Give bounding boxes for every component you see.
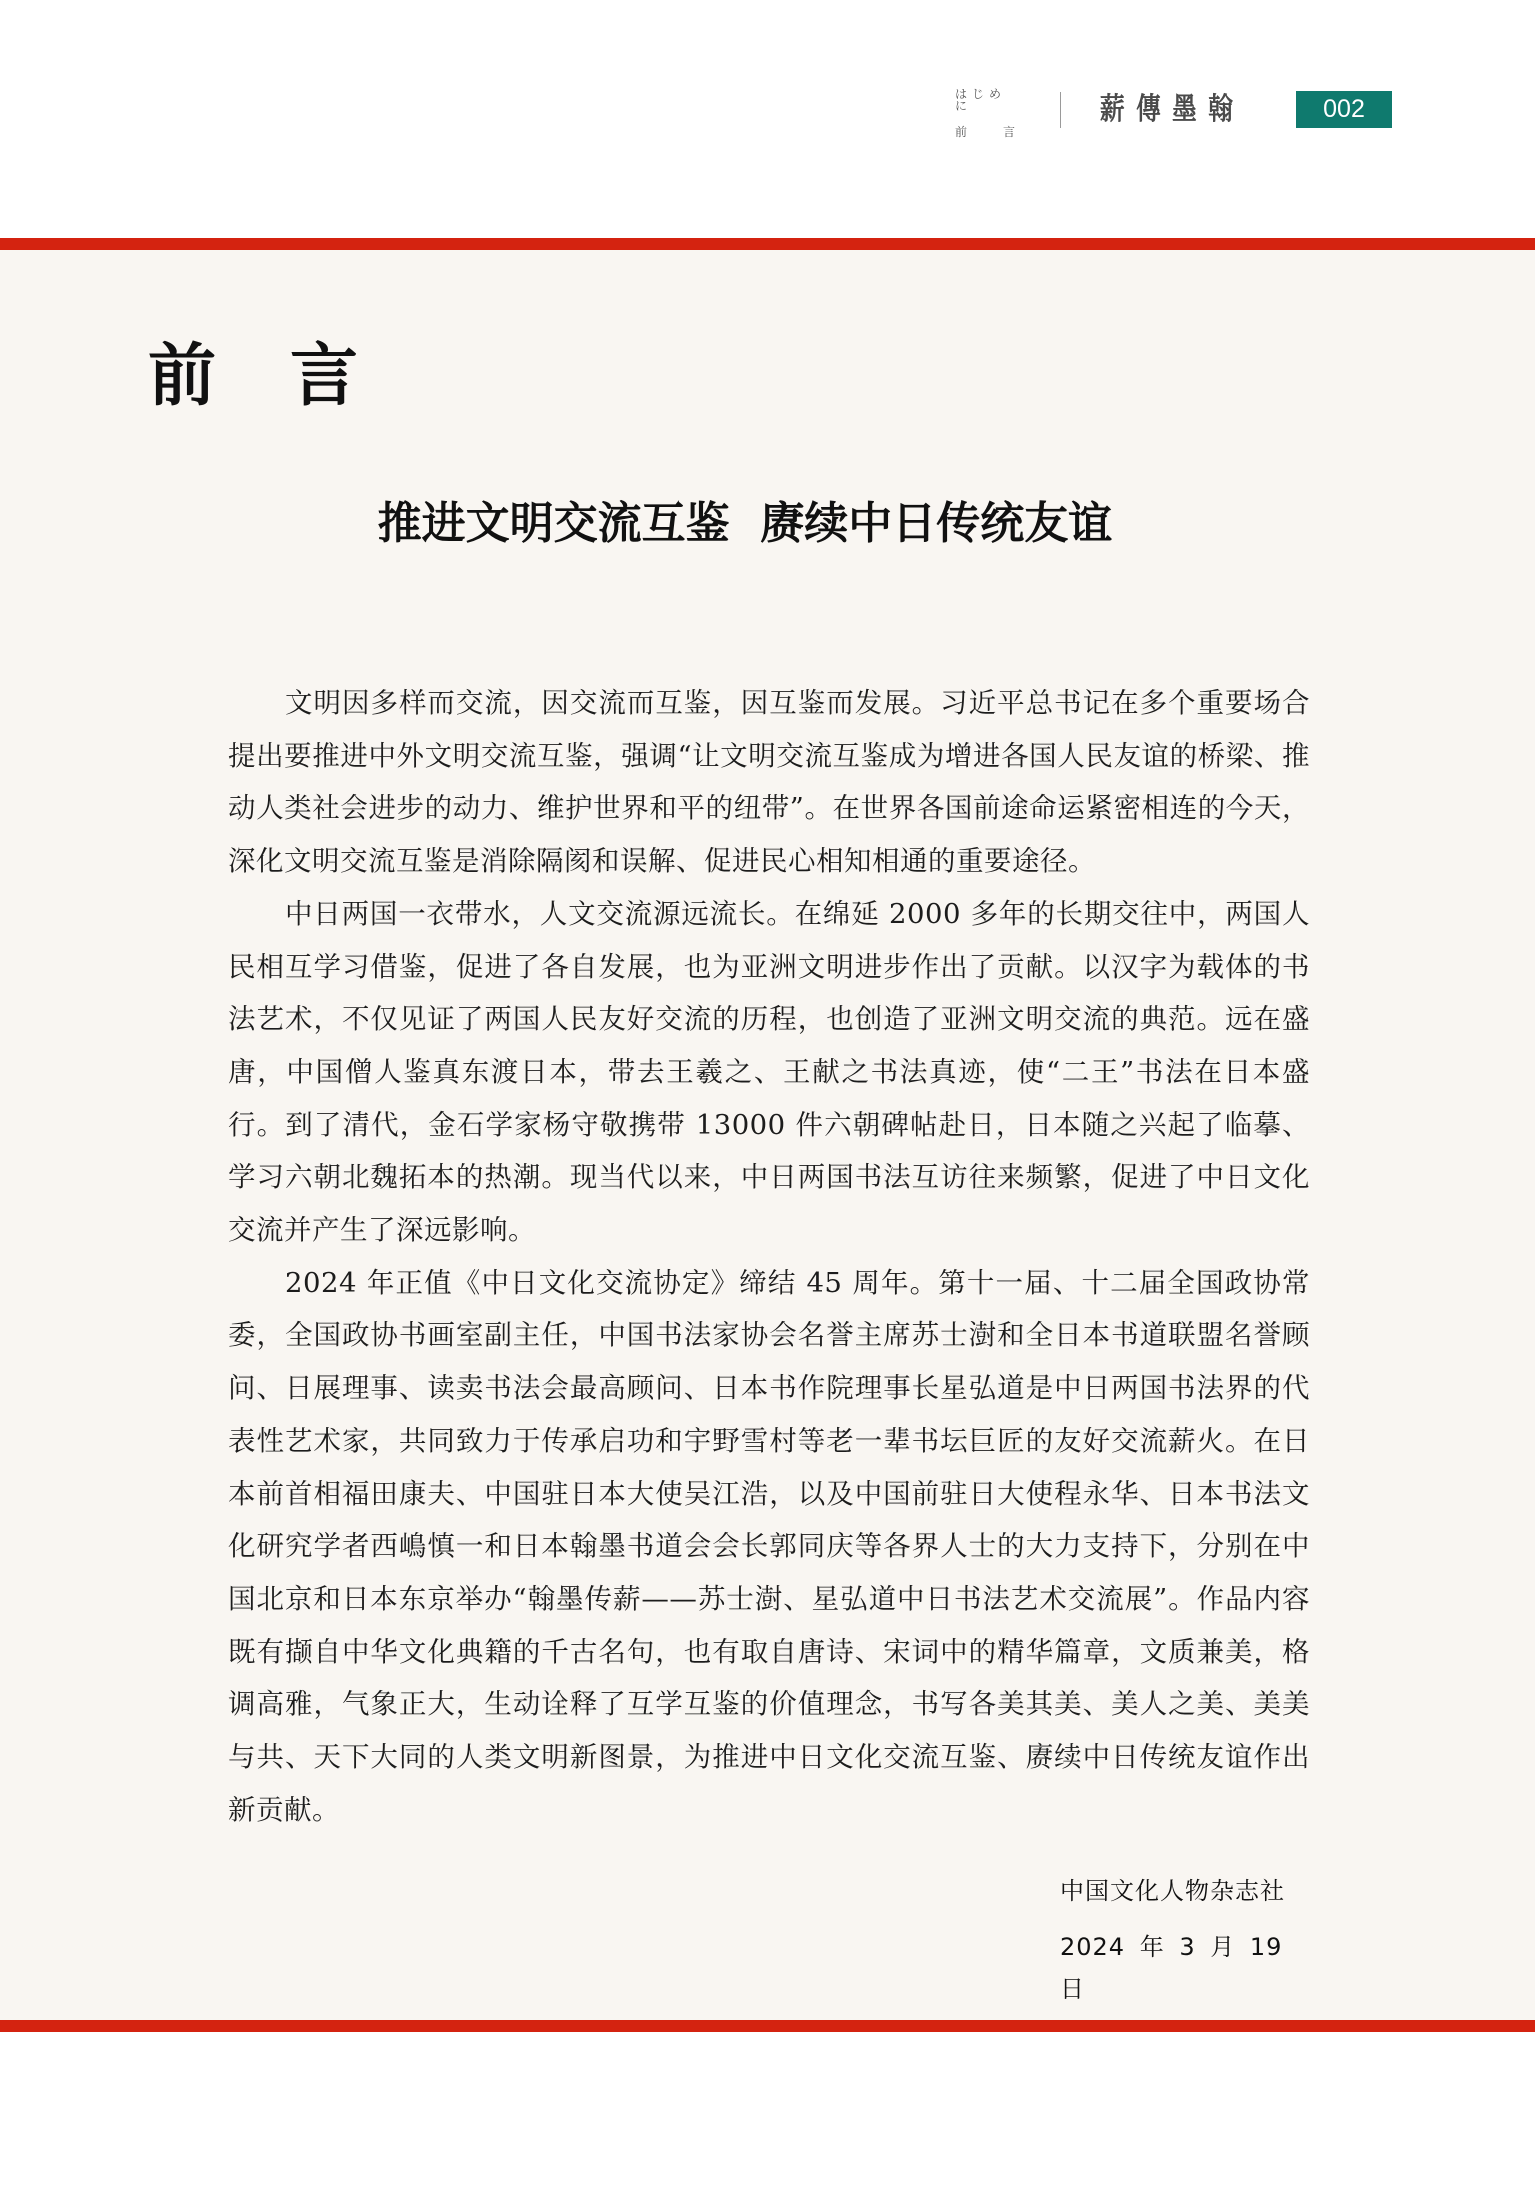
page-title: 前言	[148, 332, 432, 422]
page-number-badge: 002	[1296, 91, 1392, 128]
section-label-char-1: 前	[955, 126, 967, 138]
header-divider	[1060, 92, 1061, 128]
signature-organization: 中国文化人物杂志社	[1060, 1870, 1320, 1912]
section-labels: はじめに 前 言	[955, 88, 1017, 138]
series-title-seal-script: 薪傳墨翰	[1100, 90, 1244, 130]
bottom-red-band	[0, 2020, 1535, 2032]
paragraph-2: 中日两国一衣带水，人文交流源远流长。在绵延 2000 多年的长期交往中，两国人民…	[228, 888, 1310, 1257]
signature-block: 中国文化人物杂志社 2024 年 3 月 19 日	[1060, 1870, 1320, 2010]
section-label-japanese: はじめに	[955, 88, 1017, 112]
article-subtitle: 推进文明交流互鉴 赓续中日传统友谊	[0, 494, 1490, 554]
top-red-band	[0, 238, 1535, 250]
article-body: 文明因多样而交流，因交流而互鉴，因互鉴而发展。习近平总书记在多个重要场合提出要推…	[228, 677, 1310, 1836]
paragraph-1: 文明因多样而交流，因交流而互鉴，因互鉴而发展。习近平总书记在多个重要场合提出要推…	[228, 677, 1310, 888]
page-header: はじめに 前 言 薪傳墨翰 002	[0, 0, 1535, 238]
signature-date: 2024 年 3 月 19 日	[1060, 1926, 1320, 2010]
section-label-char-2: 言	[1003, 126, 1015, 138]
section-label-chinese: 前 言	[955, 126, 1015, 138]
paragraph-3: 2024 年正值《中日文化交流协定》缔结 45 周年。第十一届、十二届全国政协常…	[228, 1257, 1310, 1837]
